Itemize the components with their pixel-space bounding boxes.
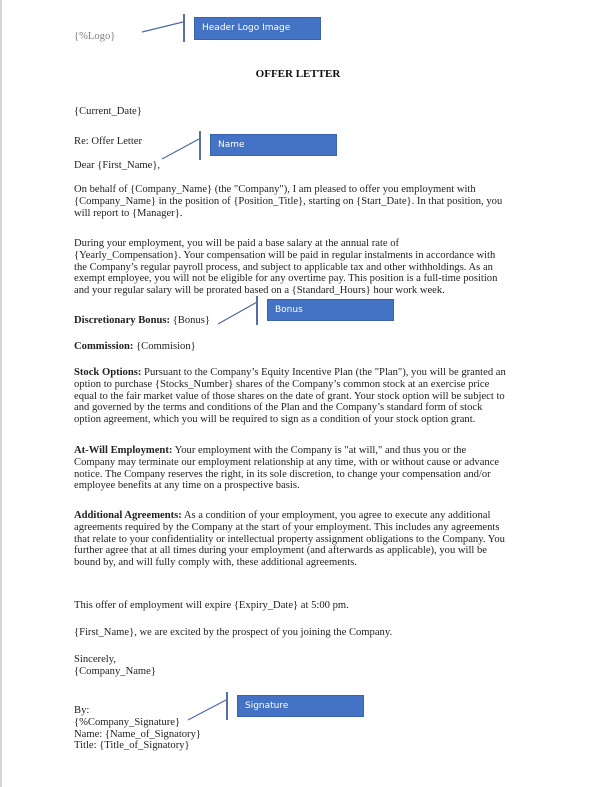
callout-bonus: Bonus bbox=[267, 299, 394, 321]
closing-remark-text: {First_Name}, we are excited by the pros… bbox=[74, 627, 564, 639]
salutation-text: Dear {First_Name}, bbox=[74, 160, 564, 172]
commission-label: Commission: bbox=[74, 341, 133, 352]
salary-line: and your regular salary will be prorated… bbox=[74, 285, 564, 297]
sign-off-text: Sincerely, bbox=[74, 654, 564, 666]
callout-bar-logo bbox=[183, 14, 185, 42]
stock-options-line: and governed by the terms and conditions… bbox=[74, 402, 564, 414]
intro-line: On behalf of {Company_Name} (the "Compan… bbox=[74, 184, 564, 196]
sign-company-text: {Company_Name} bbox=[74, 666, 564, 678]
stock-options-line: equal to the fair market value of those … bbox=[74, 391, 564, 403]
callout-name: Name bbox=[210, 134, 337, 156]
date-line: {Current_Date} bbox=[74, 106, 564, 118]
callout-signature: Signature bbox=[237, 695, 364, 717]
at-will-line: notice. The Company reserves the right, … bbox=[74, 469, 564, 481]
intro-paragraph: On behalf of {Company_Name} (the "Compan… bbox=[74, 184, 564, 219]
bonus-label: Discretionary Bonus: bbox=[74, 315, 170, 326]
commission-value: {Commision} bbox=[133, 341, 195, 352]
signatory-title: Title: {Title_of_Signatory} bbox=[74, 740, 564, 752]
stock-options-line: option agreement, which you will be requ… bbox=[74, 414, 564, 426]
bonus-value: {Bonus} bbox=[170, 315, 210, 326]
callout-bar-name bbox=[199, 131, 201, 160]
additional-agreements-line: agreements required by the Company at th… bbox=[74, 522, 564, 534]
expiry-text: This offer of employment will expire {Ex… bbox=[74, 600, 564, 612]
additional-agreements-label: Additional Agreements: bbox=[74, 510, 182, 521]
expiry-line: This offer of employment will expire {Ex… bbox=[74, 600, 564, 612]
stock-options-paragraph: Stock Options: Pursuant to the Company’s… bbox=[74, 367, 564, 426]
at-will-paragraph: At-Will Employment: Your employment with… bbox=[74, 445, 564, 492]
logo-placeholder: {%Logo} bbox=[74, 31, 115, 42]
additional-agreements-line: As a condition of your employment, you a… bbox=[182, 510, 491, 521]
closing-remark-line: {First_Name}, we are excited by the pros… bbox=[74, 627, 564, 639]
intro-line: will report to {Manager}. bbox=[74, 208, 564, 220]
salary-paragraph: During your employment, you will be paid… bbox=[74, 238, 564, 297]
additional-agreements-line: further agree that at all times during y… bbox=[74, 545, 564, 557]
additional-agreements-paragraph: Additional Agreements: As a condition of… bbox=[74, 510, 564, 569]
salary-line: {Yearly_Compensation}. Your compensation… bbox=[74, 250, 564, 262]
callout-header-logo: Header Logo Image bbox=[194, 17, 321, 40]
intro-line: {Company_Name} in the position of {Posit… bbox=[74, 196, 564, 208]
page-left-edge bbox=[0, 0, 2, 787]
commission-paragraph: Commission: {Commision} bbox=[74, 341, 564, 353]
signatory-name: Name: {Name_of_Signatory} bbox=[74, 729, 564, 741]
additional-agreements-line: bound by, and will fully comply with, th… bbox=[74, 557, 564, 569]
page-title: OFFER LETTER bbox=[0, 68, 596, 80]
at-will-label: At-Will Employment: bbox=[74, 445, 172, 456]
salary-line: exempt employee, you will not be eligibl… bbox=[74, 273, 564, 285]
callout-bar-signature bbox=[226, 692, 228, 720]
at-will-line: Your employment with the Company is "at … bbox=[172, 445, 466, 456]
callout-bar-bonus bbox=[256, 296, 258, 325]
stock-options-line: option to purchase {Stocks_Number} share… bbox=[74, 379, 564, 391]
at-will-line: Company may terminate our employment rel… bbox=[74, 457, 564, 469]
at-will-line: employee benefits at any time on a prosp… bbox=[74, 480, 564, 492]
salutation-line: Dear {First_Name}, bbox=[74, 160, 564, 172]
current-date: {Current_Date} bbox=[74, 106, 564, 118]
additional-agreements-line: that relate to your confidentiality or i… bbox=[74, 534, 564, 546]
signature-placeholder: {%Company_Signature} bbox=[74, 717, 564, 729]
salary-line: the Company’s regular payroll process, a… bbox=[74, 262, 564, 274]
sign-off-block: Sincerely, {Company_Name} bbox=[74, 654, 564, 678]
stock-options-line: Pursuant to the Company’s Equity Incenti… bbox=[141, 367, 505, 378]
stock-options-label: Stock Options: bbox=[74, 367, 141, 378]
salary-line: During your employment, you will be paid… bbox=[74, 238, 564, 250]
